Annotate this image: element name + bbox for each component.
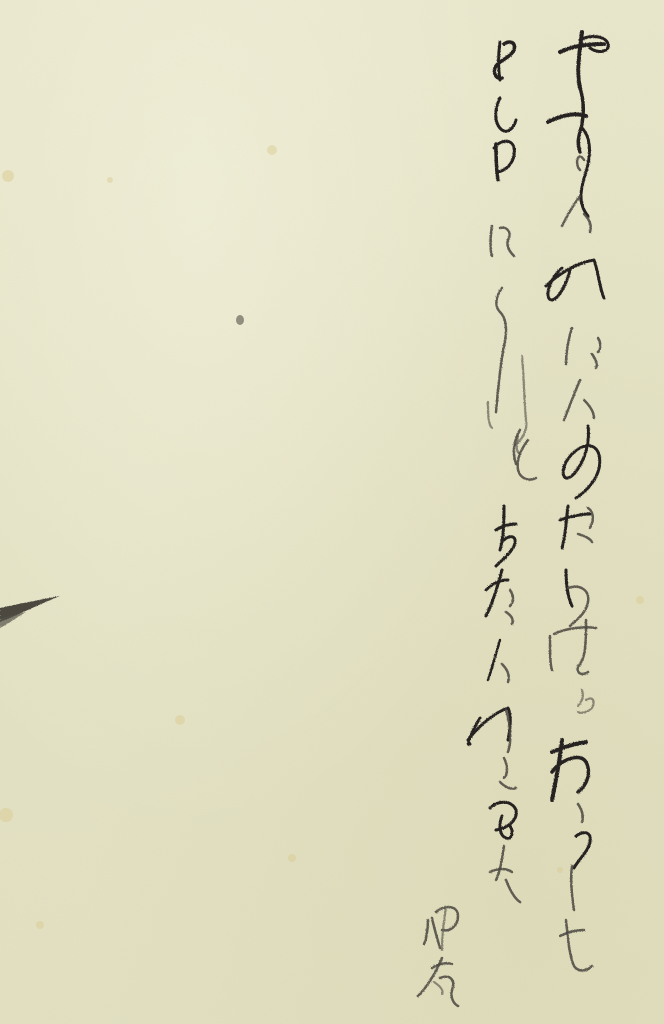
scroll-paper: cursive kana calligraphy (chirashi-gaki) — [0, 0, 664, 1024]
paper-texture — [0, 0, 664, 1024]
calligraphy-canvas — [0, 0, 664, 1024]
dark-speck — [236, 315, 244, 325]
